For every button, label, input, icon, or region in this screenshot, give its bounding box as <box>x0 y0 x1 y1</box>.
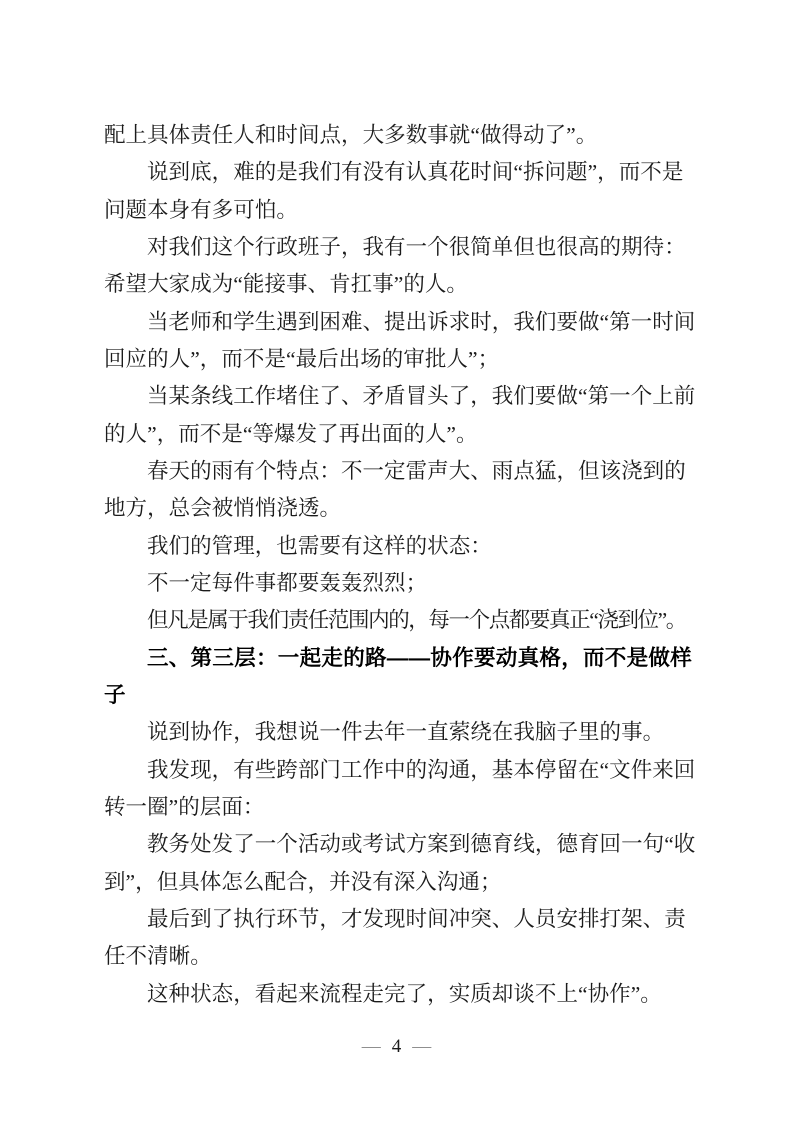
body-text-line: 地方，总会被悄悄浇透。 <box>104 490 716 527</box>
body-text-line: 不一定每件事都要轰轰烈烈； <box>104 565 716 602</box>
body-text-line: 说到协作，我想说一件去年一直萦绕在我脑子里的事。 <box>104 714 716 751</box>
body-text-line: 的人”，而不是“等爆发了再出面的人”。 <box>104 416 716 453</box>
body-text-line: 任不清晰。 <box>104 938 716 975</box>
body-text-line: 回应的人”，而不是“最后出场的审批人”； <box>104 341 716 378</box>
body-text-line: 到”，但具体怎么配合，并没有深入沟通； <box>104 864 716 901</box>
body-text-line: 但凡是属于我们责任范围内的，每一个点都要真正“浇到位”。 <box>104 602 716 639</box>
body-text-line: 这种状态，看起来流程走完了，实质却谈不上“协作”。 <box>104 976 716 1013</box>
body-text-line: 我发现，有些跨部门工作中的沟通，基本停留在“文件来回 <box>104 752 716 789</box>
body-text-line: 春天的雨有个特点：不一定雷声大、雨点猛，但该浇到的 <box>104 453 716 490</box>
body-text-line: 最后到了执行环节，才发现时间冲突、人员安排打架、责 <box>104 901 716 938</box>
page-number-left-dash: — <box>362 1036 381 1057</box>
page-number: 4 <box>381 1036 413 1057</box>
body-text-line: 问题本身有多可怕。 <box>104 192 716 229</box>
document-page: 配上具体责任人和时间点，大多数事就“做得动了”。 说到底，难的是我们有没有认真花… <box>0 0 793 1122</box>
page-body-text: 配上具体责任人和时间点，大多数事就“做得动了”。 说到底，难的是我们有没有认真花… <box>104 117 716 1013</box>
section-heading-line: 子 <box>104 677 716 714</box>
body-text-line: 配上具体责任人和时间点，大多数事就“做得动了”。 <box>104 117 716 154</box>
body-text-line: 说到底，难的是我们有没有认真花时间“拆问题”，而不是 <box>104 154 716 191</box>
body-text-line: 转一圈”的层面： <box>104 789 716 826</box>
body-text-line: 教务处发了一个活动或考试方案到德育线，德育回一句“收 <box>104 826 716 863</box>
body-text-line: 当老师和学生遇到困难、提出诉求时，我们要做“第一时间 <box>104 304 716 341</box>
section-heading-line: 三、第三层：一起走的路——协作要动真格，而不是做样 <box>104 640 716 677</box>
body-text-line: 我们的管理，也需要有这样的状态： <box>104 528 716 565</box>
page-footer: —4— <box>0 1033 793 1061</box>
page-number-right-dash: — <box>412 1036 431 1057</box>
body-text-line: 希望大家成为“能接事、肯扛事”的人。 <box>104 266 716 303</box>
body-text-line: 对我们这个行政班子，我有一个很简单但也很高的期待： <box>104 229 716 266</box>
body-text-line: 当某条线工作堵住了、矛盾冒头了，我们要做“第一个上前 <box>104 378 716 415</box>
